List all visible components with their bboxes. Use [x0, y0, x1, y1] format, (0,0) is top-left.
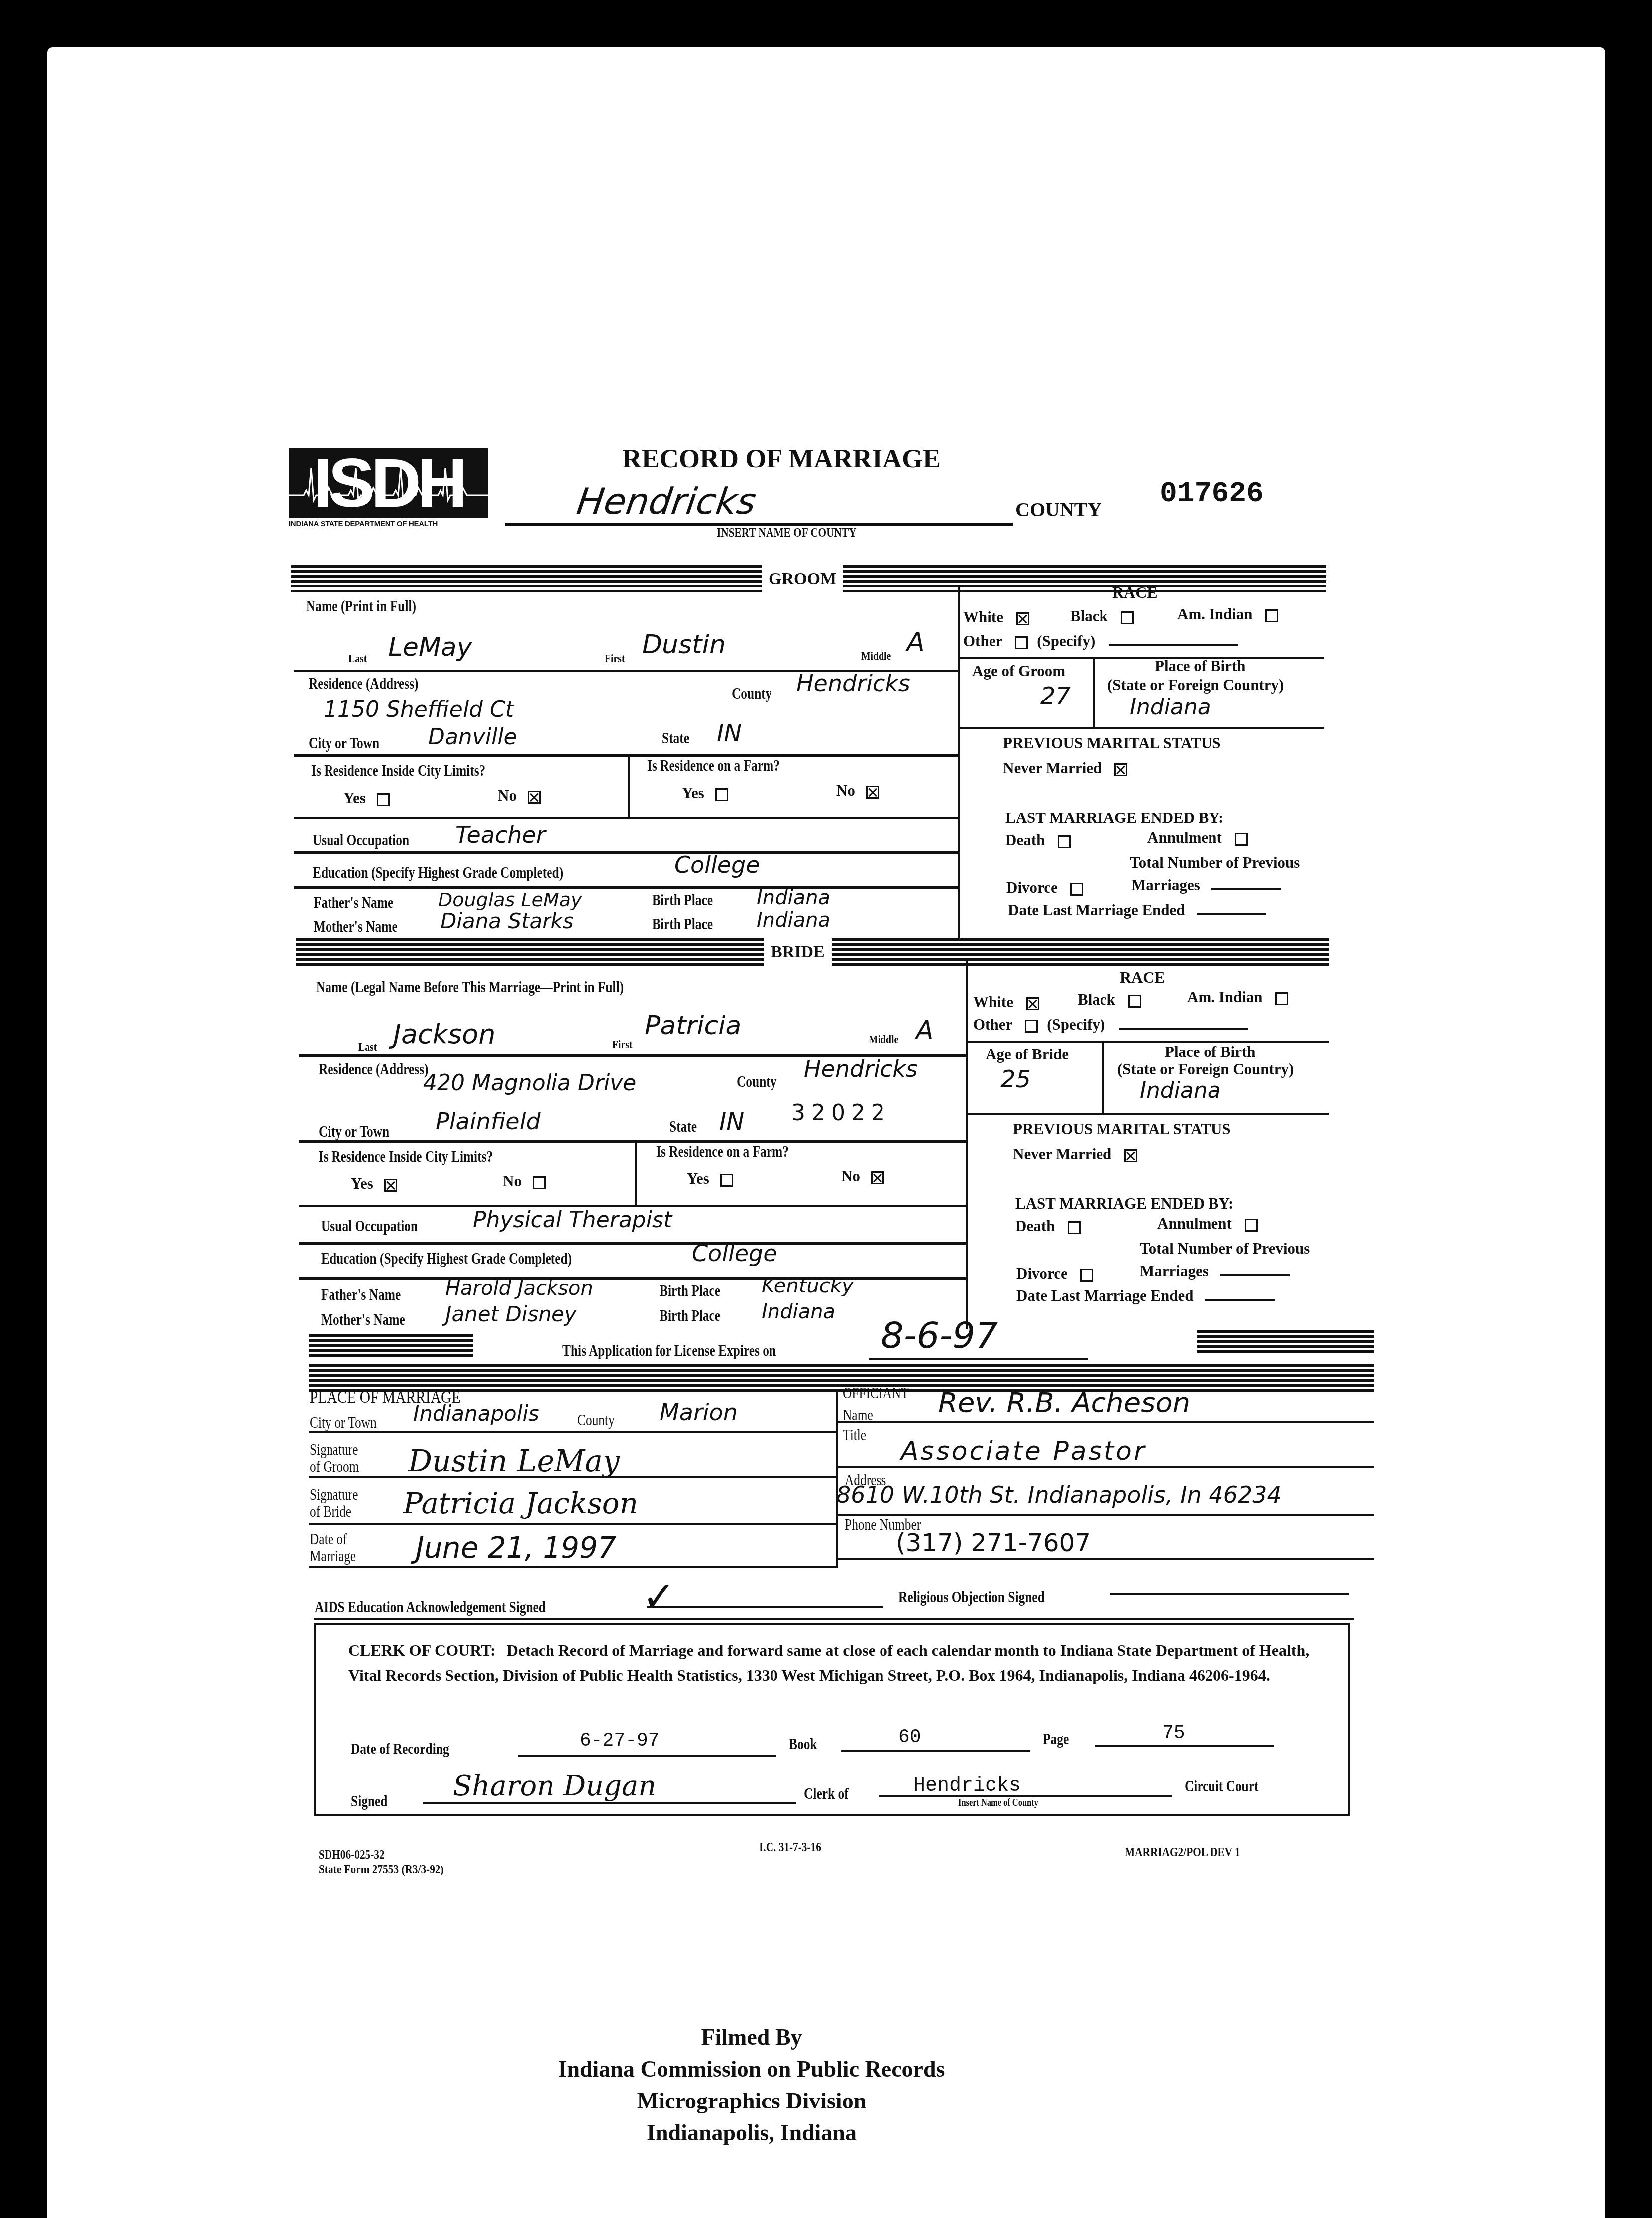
- checkbox-unchecked[interactable]: [1265, 609, 1278, 622]
- marriages-field[interactable]: [1211, 888, 1281, 890]
- logo-caption: INDIANA STATE DEPARTMENT OF HEALTH: [289, 520, 488, 528]
- never-married-label: Never Married: [1013, 1145, 1111, 1163]
- groom-age[interactable]: 27: [1040, 682, 1071, 710]
- no-label: No: [503, 1172, 522, 1190]
- bride-state[interactable]: IN: [719, 1108, 744, 1136]
- groom-race-am-indian[interactable]: Am. Indian: [1177, 605, 1278, 623]
- bride-name-label: Name (Legal Name Before This Marriage—Pr…: [316, 978, 624, 996]
- specify-field[interactable]: [1109, 644, 1238, 646]
- yes-label: Yes: [351, 1175, 373, 1192]
- date-recording[interactable]: 6-27-97: [580, 1730, 660, 1751]
- checkbox-checked[interactable]: [1016, 612, 1029, 625]
- bride-signature[interactable]: Patricia Jackson: [403, 1486, 638, 1520]
- bride-marital-label: PREVIOUS MARITAL STATUS: [1013, 1120, 1231, 1138]
- groom-county[interactable]: Hendricks: [796, 670, 910, 697]
- checkbox-unchecked[interactable]: [1245, 1219, 1258, 1232]
- checkbox-unchecked[interactable]: [715, 788, 728, 801]
- bride-father-birth-label: Birth Place: [660, 1282, 720, 1300]
- clerk-instructions-head: CLERK OF COURT:: [348, 1641, 496, 1659]
- label-line: of Bride: [310, 1503, 358, 1520]
- checkbox-unchecked[interactable]: [1015, 636, 1028, 649]
- isdh-logo: ISDH INDIANA STATE DEPARTMENT OF HEALTH: [289, 448, 488, 538]
- groom-occupation-label: Usual Occupation: [313, 831, 409, 849]
- officiant-name[interactable]: Rev. R.B. Acheson: [938, 1387, 1190, 1419]
- rule: [299, 1242, 966, 1245]
- rule: [309, 1523, 836, 1525]
- page-label: Page: [1043, 1730, 1069, 1748]
- death-label: Death: [1015, 1217, 1055, 1235]
- microfilm-line: Filmed By: [478, 2021, 1025, 2053]
- checkbox-unchecked[interactable]: [533, 1176, 546, 1189]
- am-indian-label: Am. Indian: [1187, 988, 1263, 1006]
- rule: [836, 1466, 1374, 1468]
- bride-father-birthplace[interactable]: Kentucky: [762, 1275, 854, 1297]
- bride-mother-label: Mother's Name: [321, 1311, 405, 1329]
- groom-birthplace[interactable]: Indiana: [1130, 695, 1211, 720]
- groom-first-label: First: [605, 652, 625, 666]
- date-last-label: Date Last Marriage Ended: [1008, 901, 1185, 919]
- groom-residence-label: Residence (Address): [309, 675, 419, 693]
- groom-marriages[interactable]: Marriages: [1131, 876, 1281, 894]
- date-last-field[interactable]: [1197, 913, 1266, 915]
- marriages-label: Marriages: [1140, 1262, 1209, 1280]
- bride-ended-annulment[interactable]: Annulment: [1157, 1215, 1258, 1233]
- groom-total-prev-label: Total Number of Previous: [1130, 854, 1300, 872]
- groom-section-title: GROOM: [762, 565, 843, 592]
- bride-state-label: State: [669, 1118, 697, 1136]
- no-label: No: [836, 782, 855, 799]
- rule: [966, 1041, 1329, 1043]
- bride-section-title: BRIDE: [764, 938, 832, 966]
- groom-ended-annulment[interactable]: Annulment: [1147, 829, 1248, 847]
- bride-birthplace-sub: (State or Foreign Country): [1117, 1060, 1294, 1078]
- specify-label: (Specify): [1037, 632, 1095, 650]
- rule: [841, 1750, 1030, 1752]
- rule: [1095, 1745, 1274, 1747]
- label-line: Signature: [310, 1441, 359, 1458]
- book-label: Book: [789, 1735, 817, 1753]
- rule: [294, 886, 958, 889]
- bride-last-label: Last: [358, 1041, 377, 1054]
- bride-race-am-indian[interactable]: Am. Indian: [1187, 988, 1288, 1006]
- rule: [836, 1558, 1374, 1560]
- rule: [423, 1802, 796, 1804]
- groom-last-name[interactable]: LeMay: [388, 632, 472, 662]
- logo-block: ISDH: [289, 448, 488, 518]
- license-stripe-left: [309, 1334, 473, 1359]
- bride-age-label: Age of Bride: [986, 1046, 1069, 1063]
- divider: [1093, 657, 1095, 729]
- microfilm-stamp: Filmed By Indiana Commission on Public R…: [478, 2021, 1025, 2149]
- bride-birthplace-label: Place of Birth: [1165, 1043, 1256, 1061]
- groom-race-black[interactable]: Black: [1070, 607, 1134, 625]
- heartbeat-icon: [289, 468, 488, 503]
- label-line: Signature: [310, 1486, 358, 1503]
- bride-ended-death[interactable]: Death: [1015, 1217, 1081, 1235]
- aids-ack-checkmark-icon[interactable]: ✓: [642, 1573, 675, 1620]
- circuit-court-label: Circuit Court: [1185, 1777, 1259, 1795]
- bride-marriages[interactable]: Marriages: [1140, 1262, 1290, 1280]
- bride-last-name[interactable]: Jackson: [393, 1018, 495, 1050]
- bride-farm-label: Is Residence on a Farm?: [656, 1143, 789, 1161]
- license-expires-label: This Application for License Expires on: [562, 1342, 776, 1360]
- bride-race-label: RACE: [1120, 968, 1165, 987]
- rule: [966, 1113, 1329, 1115]
- rule: [647, 1606, 883, 1608]
- rule: [958, 727, 1324, 729]
- groom-middle-label: Middle: [861, 650, 891, 663]
- bride-farm-yes[interactable]: Yes: [687, 1170, 733, 1188]
- groom-mother-label: Mother's Name: [314, 918, 398, 935]
- rule: [518, 1755, 776, 1757]
- groom-city-limits-yes[interactable]: Yes: [343, 789, 390, 807]
- checkbox-unchecked[interactable]: [1080, 1269, 1093, 1282]
- groom-education[interactable]: College: [674, 851, 760, 878]
- rule: [836, 1514, 1374, 1516]
- marriages-field[interactable]: [1220, 1274, 1290, 1276]
- ceremony-county[interactable]: Marion: [660, 1399, 738, 1426]
- ceremony-county-label: County: [577, 1411, 615, 1429]
- officiant-phone[interactable]: (317) 271-7607: [896, 1528, 1091, 1557]
- bride-mother[interactable]: Janet Disney: [445, 1302, 577, 1326]
- date-recording-label: Date of Recording: [351, 1740, 449, 1758]
- checkbox-unchecked[interactable]: [1121, 611, 1134, 624]
- checkbox-unchecked[interactable]: [1235, 833, 1248, 846]
- bride-first-name[interactable]: Patricia: [645, 1011, 741, 1041]
- ceremony-city-label: City or Town: [310, 1414, 377, 1432]
- rule: [294, 754, 958, 757]
- bride-first-label: First: [612, 1038, 632, 1051]
- groom-race-label: RACE: [1112, 584, 1158, 602]
- groom-last-ended-label: LAST MARRIAGE ENDED BY:: [1005, 809, 1223, 827]
- black-label: Black: [1078, 991, 1115, 1008]
- bride-father[interactable]: Harold Jackson: [445, 1277, 593, 1300]
- clerk-signature[interactable]: Sharon Dugan: [453, 1770, 656, 1802]
- groom-name-label: Name (Print in Full): [306, 597, 416, 615]
- groom-county-label: County: [732, 685, 772, 702]
- bride-zip[interactable]: 32022: [791, 1100, 891, 1126]
- bride-race-white[interactable]: White: [973, 993, 1039, 1011]
- checkbox-checked[interactable]: [1026, 997, 1039, 1010]
- no-label: No: [841, 1167, 860, 1185]
- bride-divider: [966, 961, 968, 1329]
- groom-first-name[interactable]: Dustin: [642, 630, 726, 660]
- yes-label: Yes: [682, 784, 704, 802]
- groom-divider: [958, 587, 960, 941]
- checkbox-checked[interactable]: [384, 1179, 397, 1192]
- groom-father-birth-label: Birth Place: [652, 891, 713, 909]
- label-line: Marriage: [310, 1548, 356, 1565]
- county-hint: INSERT NAME OF COUNTY: [717, 525, 857, 540]
- groom-ended-death[interactable]: Death: [1005, 831, 1071, 849]
- groom-residence[interactable]: 1150 Sheffield Ct: [324, 697, 514, 722]
- groom-birthplace-sub: (State or Foreign Country): [1107, 676, 1284, 694]
- officiant-label: OFFICIANT: [843, 1384, 909, 1402]
- bride-education[interactable]: College: [692, 1240, 777, 1267]
- bride-birthplace[interactable]: Indiana: [1140, 1078, 1221, 1103]
- bride-city-label: City or Town: [319, 1123, 389, 1141]
- bride-county-label: County: [737, 1073, 777, 1091]
- county-value: Hendricks: [574, 480, 759, 522]
- checkbox-unchecked[interactable]: [1058, 835, 1071, 848]
- annulment-label: Annulment: [1147, 829, 1222, 846]
- date-last-label: Date Last Marriage Ended: [1016, 1287, 1194, 1304]
- groom-signature[interactable]: Dustin LeMay: [408, 1444, 620, 1479]
- label-line: of Groom: [310, 1458, 359, 1475]
- checkbox-checked[interactable]: [871, 1171, 884, 1184]
- groom-farm-yes[interactable]: Yes: [682, 784, 728, 802]
- never-married-label: Never Married: [1003, 759, 1101, 777]
- bride-ended-divorce[interactable]: Divorce: [1016, 1265, 1093, 1283]
- date-last-field[interactable]: [1205, 1299, 1275, 1301]
- microfilm-line: Micrographics Division: [478, 2085, 1025, 2117]
- groom-mother-birthplace[interactable]: Indiana: [757, 909, 830, 932]
- microfilm-line: Indiana Commission on Public Records: [478, 2053, 1025, 2085]
- bride-city-limits-yes[interactable]: Yes: [351, 1175, 397, 1193]
- rule: [299, 1277, 966, 1280]
- divider: [628, 754, 630, 819]
- bride-mother-birth-label: Birth Place: [660, 1307, 720, 1325]
- groom-father-label: Father's Name: [314, 894, 393, 912]
- bride-education-label: Education (Specify Highest Grade Complet…: [321, 1250, 572, 1268]
- groom-city-label: City or Town: [309, 734, 379, 752]
- checkbox-unchecked[interactable]: [1025, 1020, 1038, 1033]
- groom-middle-initial[interactable]: A: [907, 627, 925, 657]
- state-form: State Form 27553 (R3/3-92): [319, 1862, 444, 1877]
- bride-farm-no[interactable]: No: [841, 1167, 884, 1185]
- checkbox-unchecked[interactable]: [377, 793, 390, 806]
- aids-ack-label: AIDS Education Acknowledgement Signed: [315, 1598, 546, 1616]
- checkbox-unchecked[interactable]: [1275, 992, 1288, 1005]
- white-label: White: [973, 993, 1013, 1011]
- officiant-title[interactable]: Associate Pastor: [901, 1436, 1146, 1466]
- county-label: COUNTY: [1015, 498, 1101, 521]
- checkbox-unchecked[interactable]: [1068, 1221, 1081, 1234]
- groom-date-last-ended[interactable]: Date Last Marriage Ended: [1008, 901, 1266, 919]
- ceremony-section-band: [309, 1364, 1374, 1392]
- rule: [309, 1566, 836, 1568]
- black-label: Black: [1070, 607, 1108, 625]
- bride-middle-initial[interactable]: A: [916, 1016, 934, 1046]
- bride-middle-label: Middle: [869, 1033, 898, 1047]
- groom-birthplace-label: Place of Birth: [1155, 657, 1246, 675]
- bride-total-prev-label: Total Number of Previous: [1140, 1240, 1310, 1258]
- bride-city-limits-no[interactable]: No: [503, 1172, 546, 1190]
- religious-objection-field[interactable]: [1110, 1593, 1349, 1595]
- officiant-title-label: Title: [843, 1426, 866, 1444]
- death-label: Death: [1005, 831, 1045, 849]
- bride-residence[interactable]: 420 Magnolia Drive: [423, 1070, 636, 1096]
- bride-race-black[interactable]: Black: [1078, 991, 1141, 1009]
- groom-father[interactable]: Douglas LeMay: [438, 889, 582, 911]
- groom-education-label: Education (Specify Highest Grade Complet…: [313, 864, 563, 882]
- bride-city-limits-label: Is Residence Inside City Limits?: [319, 1148, 493, 1166]
- rule: [294, 817, 958, 819]
- ceremony-city[interactable]: Indianapolis: [413, 1401, 539, 1426]
- bride-date-last-ended[interactable]: Date Last Marriage Ended: [1016, 1287, 1275, 1305]
- checkbox-checked[interactable]: [1114, 763, 1127, 776]
- bride-mother-birthplace[interactable]: Indiana: [762, 1300, 835, 1323]
- form-revision: MARRIAG2/POL DEV 1: [1125, 1845, 1240, 1860]
- groom-city-limits-no[interactable]: No: [498, 787, 541, 805]
- groom-never-married[interactable]: Never Married: [1003, 759, 1127, 777]
- other-label: Other: [963, 632, 1002, 650]
- groom-farm-no[interactable]: No: [836, 782, 879, 800]
- groom-ended-divorce[interactable]: Divorce: [1006, 879, 1083, 897]
- divider: [1102, 1041, 1104, 1113]
- rule: [836, 1421, 1374, 1423]
- checkbox-checked[interactable]: [866, 786, 879, 799]
- other-label: Other: [973, 1016, 1012, 1033]
- page-number[interactable]: 75: [1162, 1723, 1185, 1744]
- groom-race-other[interactable]: Other (Specify): [963, 632, 1238, 650]
- rule: [299, 1140, 966, 1143]
- no-label: No: [498, 787, 517, 804]
- rule: [309, 1431, 836, 1433]
- bride-occupation-label: Usual Occupation: [321, 1217, 418, 1235]
- bride-last-ended-label: LAST MARRIAGE ENDED BY:: [1015, 1195, 1233, 1213]
- clerk-of-county[interactable]: Hendricks: [913, 1775, 1021, 1797]
- license-stripe-right: [1197, 1330, 1374, 1355]
- groom-father-birthplace[interactable]: Indiana: [757, 886, 830, 909]
- microfilm-line: Indianapolis, Indiana: [478, 2117, 1025, 2149]
- officiant-address[interactable]: 8610 W.10th St. Indianapolis, In 46234: [836, 1481, 1282, 1508]
- groom-state[interactable]: IN: [717, 719, 742, 747]
- checkbox-checked[interactable]: [528, 791, 541, 804]
- checkbox-unchecked[interactable]: [1128, 995, 1141, 1008]
- bride-never-married[interactable]: Never Married: [1013, 1145, 1137, 1163]
- bride-residence-label: Residence (Address): [319, 1060, 429, 1078]
- divider: [635, 1140, 637, 1205]
- groom-signature-label: Signatureof Groom: [310, 1441, 359, 1475]
- checkbox-checked[interactable]: [1124, 1149, 1137, 1162]
- annulment-label: Annulment: [1157, 1215, 1232, 1232]
- groom-age-label: Age of Groom: [972, 662, 1065, 680]
- license-expires-date[interactable]: 8-6-97: [881, 1314, 998, 1356]
- clerk-of-hint: Insert Name of County: [958, 1797, 1038, 1809]
- date-of-marriage-label: Date ofMarriage: [310, 1531, 356, 1565]
- groom-race-white[interactable]: White: [963, 608, 1029, 626]
- religious-objection-label: Religious Objection Signed: [898, 1588, 1045, 1606]
- divorce-label: Divorce: [1016, 1265, 1068, 1282]
- groom-last-label: Last: [348, 652, 367, 666]
- groom-farm-label: Is Residence on a Farm?: [647, 757, 780, 775]
- groom-state-label: State: [662, 729, 689, 747]
- rule: [309, 1476, 836, 1478]
- groom-mother-birth-label: Birth Place: [652, 915, 713, 933]
- rule: [294, 851, 958, 854]
- bride-father-label: Father's Name: [321, 1286, 401, 1304]
- groom-city-limits-label: Is Residence Inside City Limits?: [311, 762, 485, 780]
- groom-city[interactable]: Danville: [428, 724, 517, 750]
- ic-code: I.C. 31-7-3-16: [759, 1840, 821, 1855]
- am-indian-label: Am. Indian: [1177, 605, 1253, 623]
- divider: [836, 1389, 838, 1568]
- rule: [958, 657, 1324, 659]
- white-label: White: [963, 608, 1003, 626]
- clerk-signed-label: Signed: [351, 1792, 387, 1810]
- bride-age[interactable]: 25: [1000, 1065, 1031, 1093]
- book-number[interactable]: 60: [898, 1727, 921, 1748]
- date-of-marriage[interactable]: June 21, 1997: [416, 1531, 616, 1565]
- bride-occupation[interactable]: Physical Therapist: [473, 1207, 672, 1233]
- yes-label: Yes: [343, 789, 366, 807]
- groom-mother[interactable]: Diana Starks: [441, 909, 574, 933]
- clerk-instructions: CLERK OF COURT:Detach Record of Marriage…: [348, 1638, 1319, 1688]
- bride-signature-label: Signatureof Bride: [310, 1486, 358, 1520]
- checkbox-unchecked[interactable]: [1070, 883, 1083, 896]
- form-code: SDH06-025-32: [319, 1847, 385, 1862]
- rule: [869, 1358, 1088, 1360]
- specify-field[interactable]: [1119, 1028, 1248, 1030]
- marriages-label: Marriages: [1131, 876, 1200, 894]
- record-number: 017626: [1160, 478, 1264, 510]
- groom-marital-label: PREVIOUS MARITAL STATUS: [1003, 734, 1221, 752]
- clerk-of-label: Clerk of: [804, 1785, 849, 1803]
- specify-label: (Specify): [1047, 1016, 1105, 1033]
- label-line: Date of: [310, 1531, 356, 1548]
- checkbox-unchecked[interactable]: [720, 1174, 733, 1187]
- bride-city[interactable]: Plainfield: [436, 1108, 541, 1135]
- groom-occupation[interactable]: Teacher: [455, 821, 546, 848]
- bride-county[interactable]: Hendricks: [804, 1055, 918, 1082]
- divorce-label: Divorce: [1006, 879, 1058, 896]
- document-title: RECORD OF MARRIAGE: [622, 443, 941, 474]
- document-page: [47, 47, 1605, 2218]
- rule: [314, 1618, 1354, 1620]
- yes-label: Yes: [687, 1170, 709, 1187]
- bride-race-other[interactable]: Other (Specify): [973, 1016, 1248, 1034]
